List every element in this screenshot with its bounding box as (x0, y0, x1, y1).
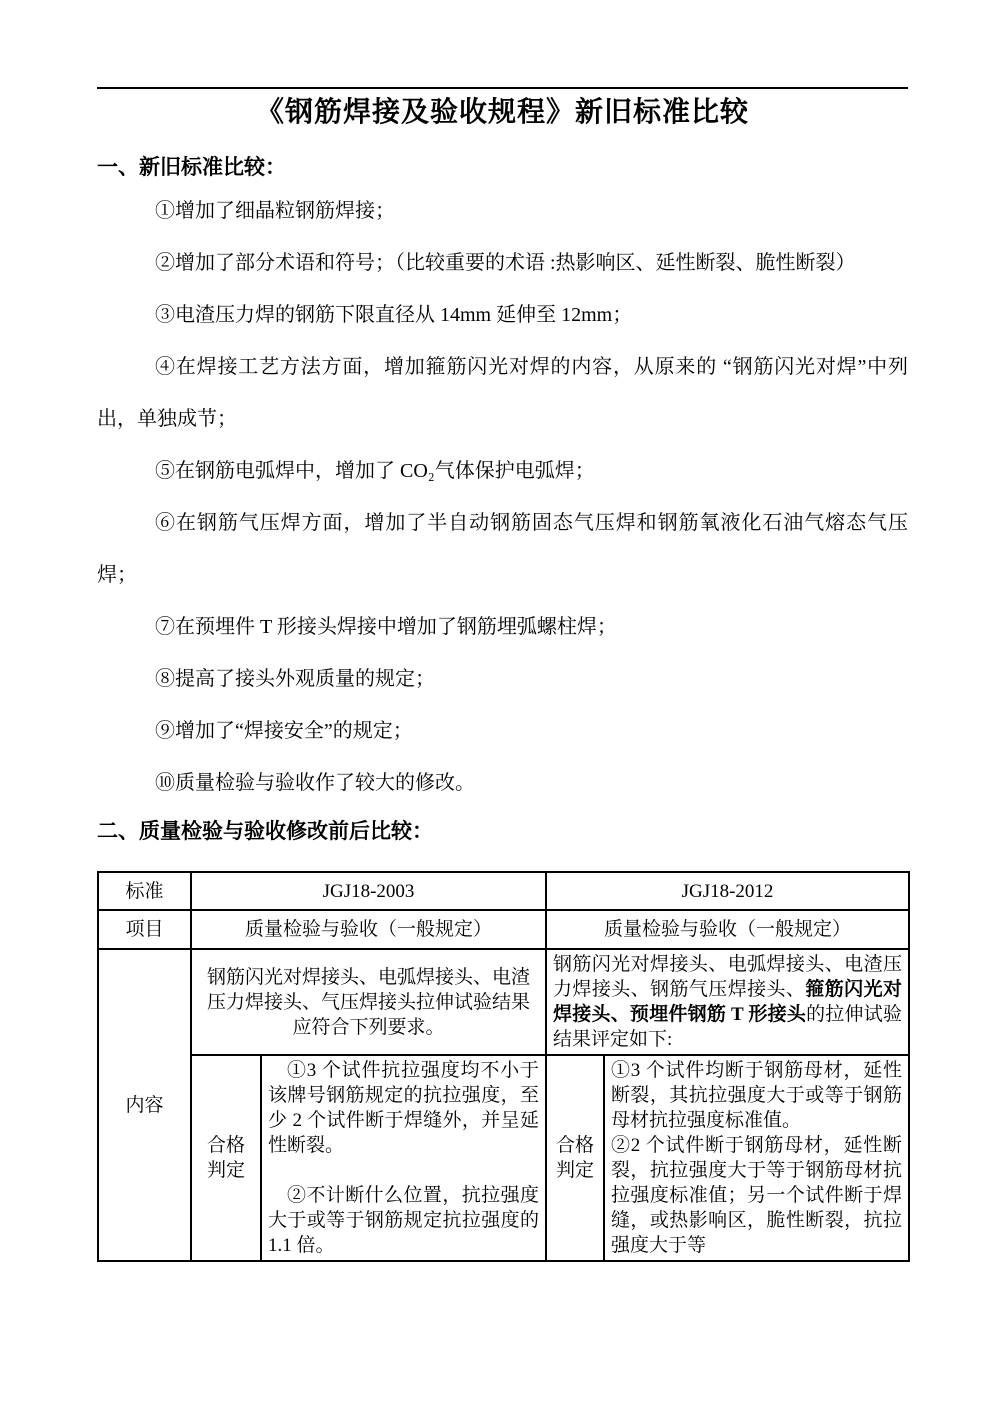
cell-standard-new: JGJ18-2012 (546, 872, 909, 910)
row-header-standard: 标准 (98, 872, 191, 910)
list-item-9: ⑨增加了“焊接安全”的规定； (97, 705, 908, 757)
section2-heading: 二、质量检验与验收修改前后比较： (97, 813, 908, 849)
header-rule (97, 87, 908, 89)
table-row-project: 项目 质量检验与验收（一般规定） 质量检验与验收（一般规定） (98, 910, 909, 949)
table-row-content-criteria: 合格判定 ①3 个试件抗拉强度均不小于该牌号钢筋规定的抗拉强度，至少 2 个试件… (98, 1055, 909, 1261)
row-header-project: 项目 (98, 910, 191, 949)
section1-item-list: ①增加了细晶粒钢筋焊接； ②增加了部分术语和符号；（比较重要的术语 :热影响区、… (97, 185, 908, 809)
list-item-3: ③电渣压力焊的钢筋下限直径从 14mm 延伸至 12mm； (97, 289, 908, 341)
document-page: 《钢筋焊接及验收规程》新旧标准比较 一、新旧标准比较： ①增加了细晶粒钢筋焊接；… (0, 0, 993, 1404)
cell-project-new: 质量检验与验收（一般规定） (546, 910, 909, 949)
list-item-2: ②增加了部分术语和符号；（比较重要的术语 :热影响区、延性断裂、脆性断裂） (97, 237, 908, 289)
list-item-7: ⑦在预埋件 T 形接头焊接中增加了钢筋埋弧螺柱焊； (97, 601, 908, 653)
cell-standard-old: JGJ18-2003 (191, 872, 546, 910)
list-item-8: ⑧提高了接头外观质量的规定； (97, 653, 908, 705)
cell-criteria-new: ①3 个试件均断于钢筋母材，延性断裂，其抗拉强度大于或等于钢筋母材抗拉强度标准值… (604, 1055, 909, 1261)
criteria-new-para-2: ②2 个试件断于钢筋母材，延性断裂，抗拉强度大于等于钢筋母材抗拉强度标准值；另一… (611, 1133, 902, 1258)
cell-intro-old: 钢筋闪光对焊接头、电弧焊接头、电渣压力焊接头、气压焊接头拉伸试验结果应符合下列要… (191, 949, 546, 1055)
document-title: 《钢筋焊接及验收规程》新旧标准比较 (97, 93, 908, 133)
table-row-content-intro: 内容 钢筋闪光对焊接头、电弧焊接头、电渣压力焊接头、气压焊接头拉伸试验结果应符合… (98, 949, 909, 1055)
criteria-old-para-1: ①3 个试件抗拉强度均不小于该牌号钢筋规定的抗拉强度，至少 2 个试件断于焊缝外… (268, 1058, 539, 1158)
table-row-standard: 标准 JGJ18-2003 JGJ18-2012 (98, 872, 909, 910)
list-item-4: ④在焊接工艺方法方面，增加箍筋闪光对焊的内容，从原来的 “钢筋闪光对焊”中列出，… (97, 341, 908, 445)
cell-qualify-label-old: 合格判定 (191, 1055, 261, 1261)
list-item-5: ⑤在钢筋电弧焊中，增加了 CO₂气体保护电弧焊； (97, 445, 908, 497)
cell-project-old: 质量检验与验收（一般规定） (191, 910, 546, 949)
list-item-10: ⑩质量检验与验收作了较大的修改。 (97, 757, 908, 809)
list-item-1: ①增加了细晶粒钢筋焊接； (97, 185, 908, 237)
list-item-6: ⑥在钢筋气压焊方面，增加了半自动钢筋固态气压焊和钢筋氧液化石油气熔态气压焊； (97, 497, 908, 601)
cell-intro-new: 钢筋闪光对焊接头、电弧焊接头、电渣压力焊接头、钢筋气压焊接头、箍筋闪光对焊接头、… (546, 949, 909, 1055)
criteria-old-para-2: ②不计断什么位置，抗拉强度大于或等于钢筋规定抗拉强度的 1.1 倍。 (268, 1183, 539, 1258)
cell-criteria-old: ①3 个试件抗拉强度均不小于该牌号钢筋规定的抗拉强度，至少 2 个试件断于焊缝外… (261, 1055, 546, 1261)
cell-qualify-label-new: 合格判定 (546, 1055, 604, 1261)
section1-heading: 一、新旧标准比较： (97, 149, 908, 185)
criteria-new-para-1: ①3 个试件均断于钢筋母材，延性断裂，其抗拉强度大于或等于钢筋母材抗拉强度标准值… (611, 1058, 902, 1133)
comparison-table: 标准 JGJ18-2003 JGJ18-2012 项目 质量检验与验收（一般规定… (97, 871, 910, 1262)
row-header-content: 内容 (98, 949, 191, 1261)
